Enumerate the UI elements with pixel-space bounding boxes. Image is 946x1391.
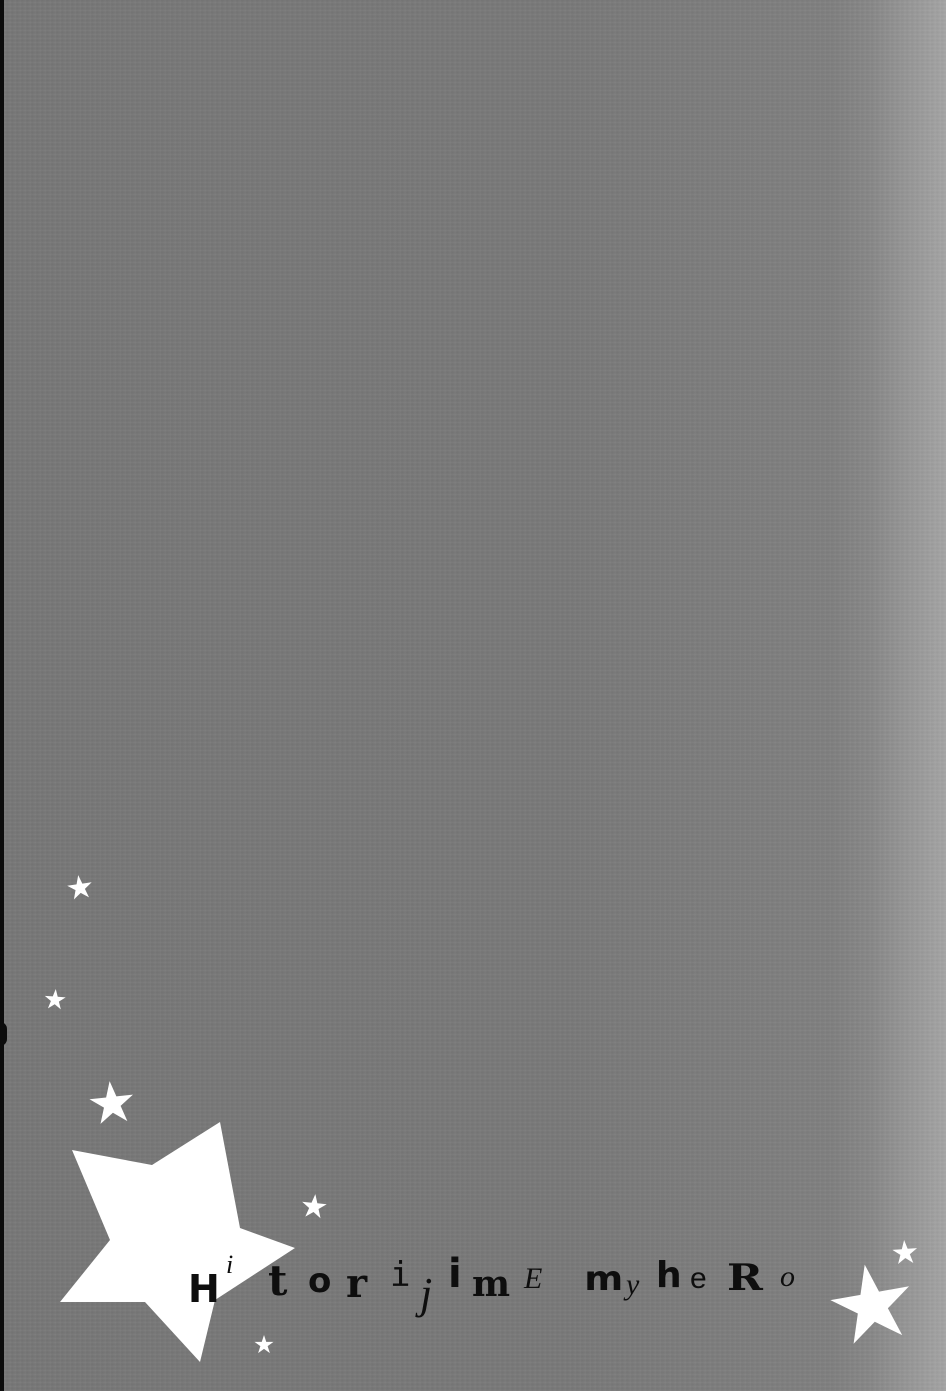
- title-letter: h: [656, 1258, 682, 1294]
- title-letter: y: [626, 1270, 639, 1300]
- star-icon: [301, 1193, 328, 1219]
- book-page: H i t o r i j i m E m y h e R o: [0, 0, 946, 1391]
- star-icon: [88, 1079, 136, 1125]
- star-decorations: [0, 0, 946, 1391]
- title-letter: r: [346, 1264, 367, 1304]
- title-letter: t: [268, 1260, 287, 1302]
- title-letter: m: [584, 1262, 623, 1296]
- title-letter: j: [420, 1272, 432, 1316]
- title-letter: e: [690, 1264, 707, 1294]
- star-icon: [44, 988, 66, 1009]
- star-icon: [892, 1239, 918, 1264]
- title-letter: E: [524, 1264, 542, 1294]
- title-letter: R: [727, 1260, 763, 1296]
- title-letter: m: [472, 1266, 510, 1302]
- title-letter: o: [308, 1264, 331, 1298]
- star-icon: [825, 1258, 917, 1347]
- star-icon: [254, 1335, 273, 1353]
- title-hitorijime-my-hero: H i t o r i j i m E m y h e R o: [186, 1250, 826, 1310]
- title-letter: i: [448, 1254, 462, 1294]
- title-letter: i: [390, 1258, 410, 1292]
- large-star-icon: [60, 1122, 295, 1362]
- title-letter: H: [188, 1270, 220, 1308]
- star-icon: [66, 873, 94, 900]
- title-letter: i: [226, 1252, 233, 1278]
- title-letter: o: [780, 1262, 795, 1292]
